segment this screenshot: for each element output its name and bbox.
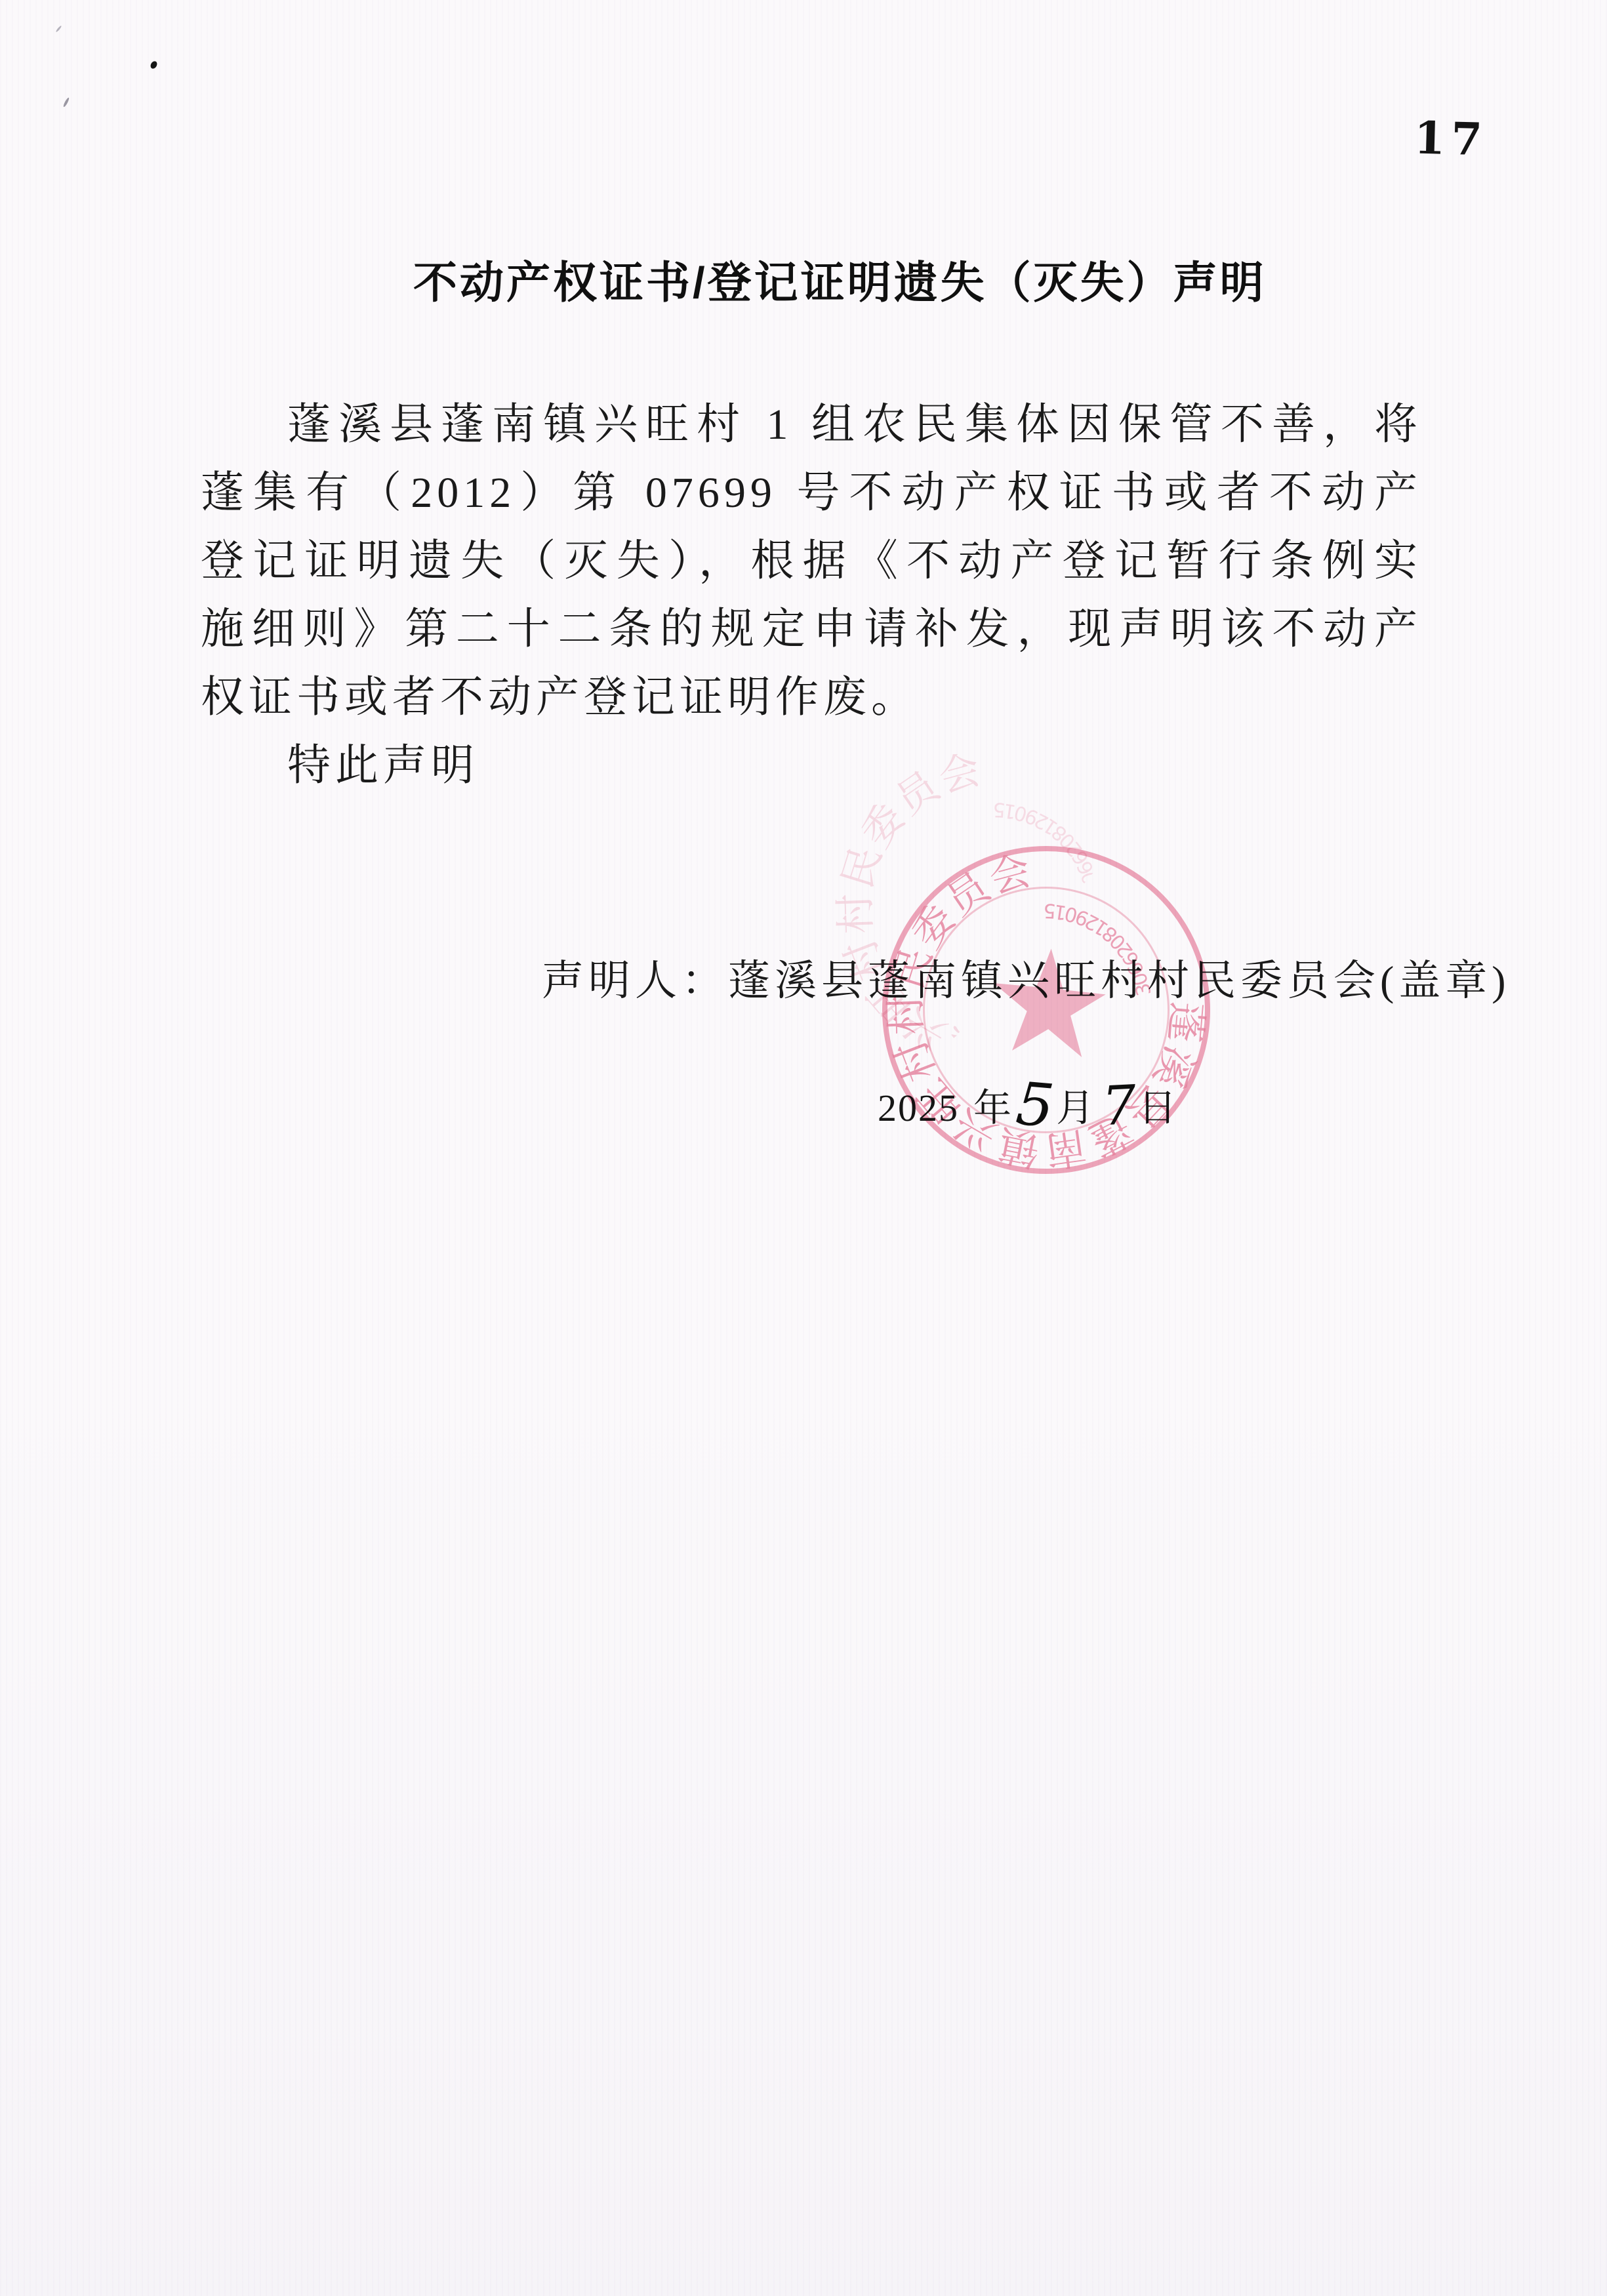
ink-speck: [150, 60, 159, 70]
scan-mark: [55, 25, 62, 32]
body-line: 登记证明遗失（灭失），根据《不动产登记暂行条例实: [201, 527, 1422, 595]
document-title: 不动产权证书/登记证明遗失（灭失）声明: [413, 248, 1267, 311]
body-closing-line: 特此声明: [201, 732, 1422, 800]
body-line: 蓬溪县蓬南镇兴旺村 1 组农民集体因保管不善，将: [201, 391, 1422, 459]
seal-ring-character: 民: [838, 842, 889, 893]
seal-ring-character: 村: [836, 893, 878, 935]
body-paragraph: 蓬溪县蓬南镇兴旺村 1 组农民集体因保管不善，将 蓬集有（2012）第 0769…: [201, 391, 1422, 800]
scan-mark: [62, 97, 70, 108]
seal-ring-character: 会: [935, 750, 985, 799]
page-number: 17: [1414, 112, 1489, 167]
body-line: 施细则》第二十二条的规定申请补发，现声明该不动产: [201, 595, 1422, 664]
scan-streak-texture: [0, 0, 1607, 2296]
scanned-document-page: 17 不动产权证书/登记证明遗失（灭失）声明 蓬溪县蓬南镇兴旺村 1 组农民集体…: [0, 0, 1607, 2296]
body-line: 权证书或者不动产登记证明作废。: [201, 664, 1422, 732]
body-line: 蓬集有（2012）第 07699 号不动产权证书或者不动产: [201, 459, 1422, 527]
